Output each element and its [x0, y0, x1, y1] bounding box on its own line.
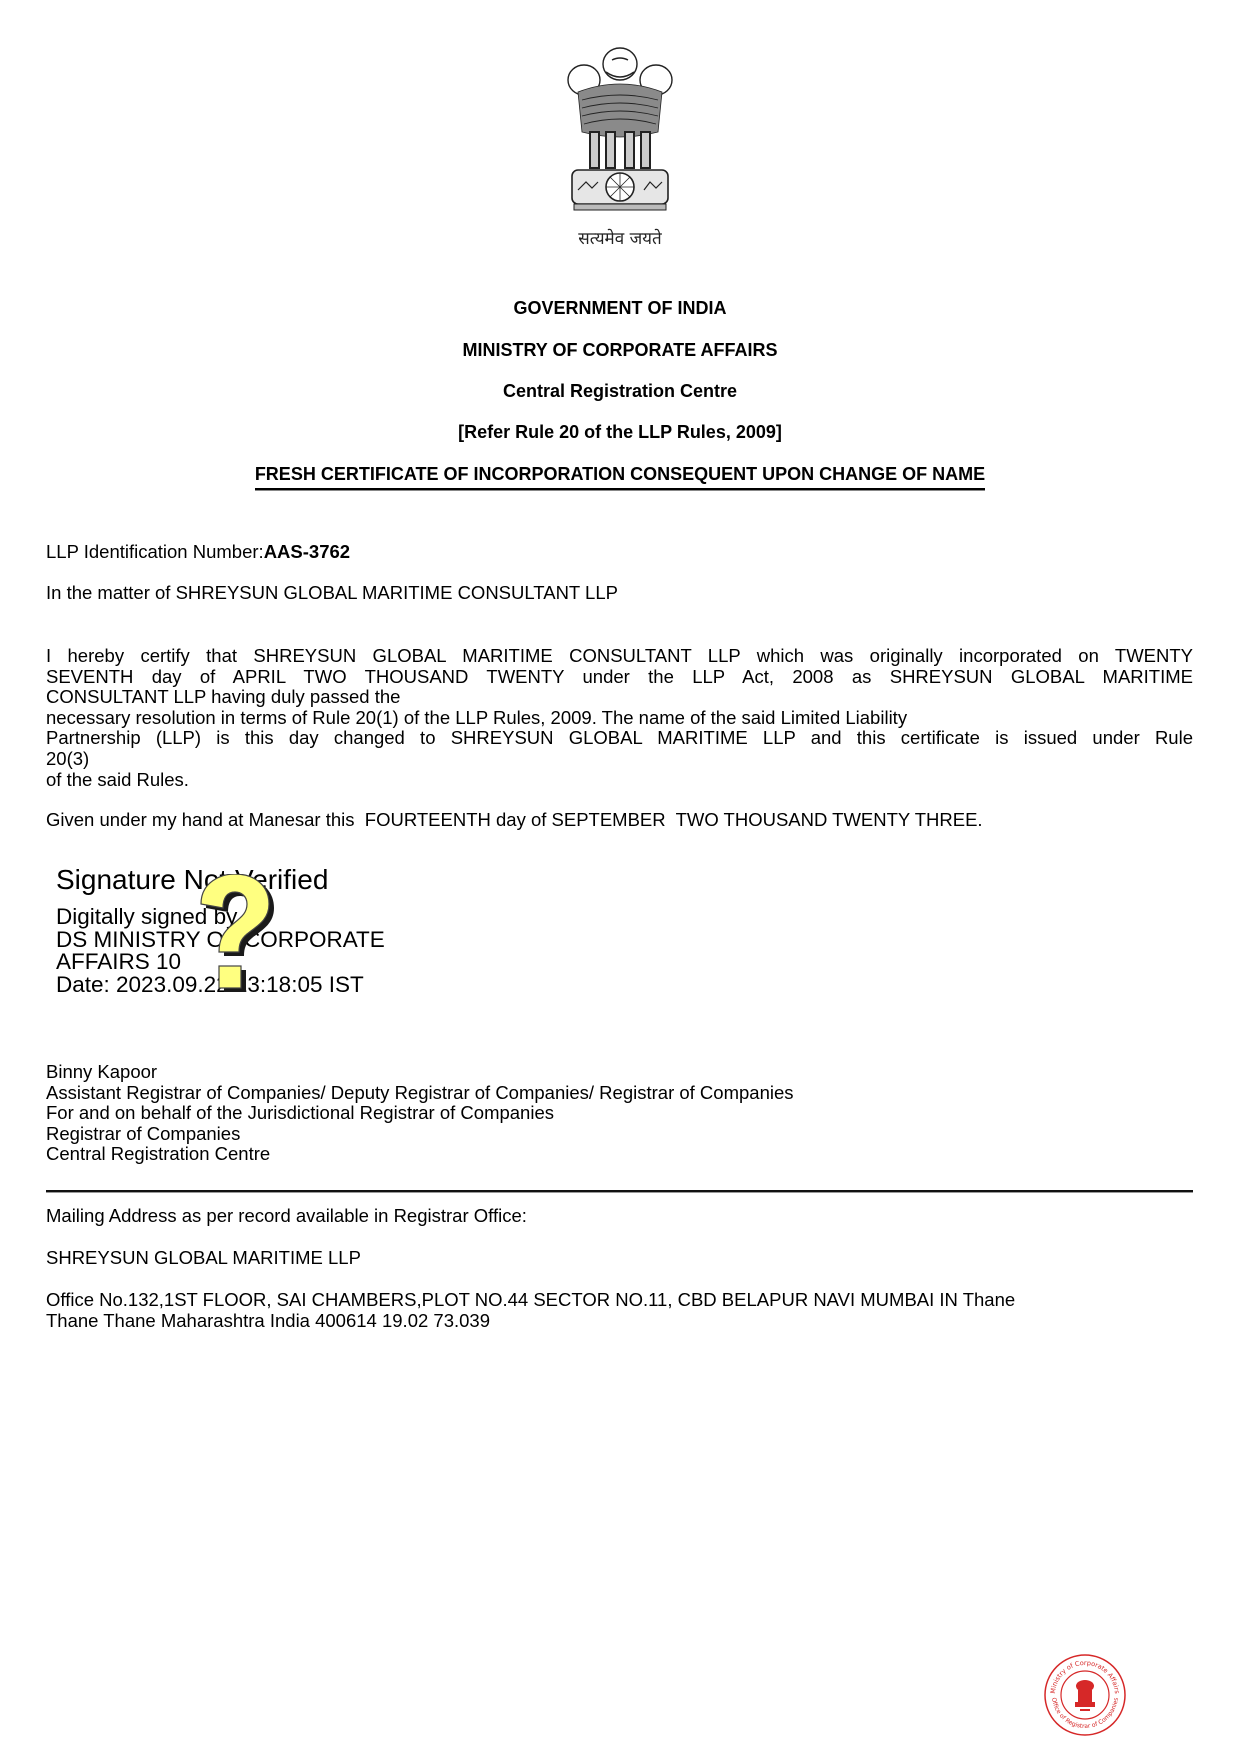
- signer-office: Registrar of Companies: [46, 1124, 794, 1145]
- matter-of: In the matter of SHREYSUN GLOBAL MARITIM…: [46, 583, 618, 604]
- header-rule-reference: [Refer Rule 20 of the LLP Rules, 2009]: [0, 422, 1240, 443]
- llp-id-label: LLP Identification Number:: [46, 541, 264, 562]
- paragraph-line: SEVENTH day of APRIL TWO THOUSAND TWENTY…: [46, 667, 1193, 688]
- signer-centre: Central Registration Centre: [46, 1144, 794, 1165]
- signer-designation: Assistant Registrar of Companies/ Deputy…: [46, 1083, 794, 1104]
- certificate-title: FRESH CERTIFICATE OF INCORPORATION CONSE…: [0, 464, 1240, 490]
- state-emblem-icon: [560, 42, 680, 252]
- emblem-motto: सत्यमेव जयते: [540, 226, 700, 249]
- llp-identification-number: LLP Identification Number:AAS-3762: [46, 542, 350, 563]
- question-mark-icon: [183, 874, 283, 998]
- mailing-address-line-1: Office No.132,1ST FLOOR, SAI CHAMBERS,PL…: [46, 1290, 1015, 1311]
- mailing-address-line-2: Thane Thane Maharashtra India 400614 19.…: [46, 1311, 1015, 1332]
- mailing-llp-name: SHREYSUN GLOBAL MARITIME LLP: [46, 1248, 361, 1269]
- signer-name: Binny Kapoor: [46, 1062, 794, 1083]
- signer-behalf: For and on behalf of the Jurisdictional …: [46, 1103, 794, 1124]
- paragraph-line: 20(3): [46, 749, 1193, 770]
- mailing-address: Office No.132,1ST FLOOR, SAI CHAMBERS,PL…: [46, 1290, 1015, 1331]
- ministry-seal-icon: Ministry of Corporate Affairs Office of …: [1042, 1652, 1128, 1738]
- header-ministry: MINISTRY OF CORPORATE AFFAIRS: [0, 340, 1240, 361]
- signer-line-2: AFFAIRS 10: [56, 949, 181, 974]
- llp-id-value: AAS-3762: [264, 541, 350, 562]
- paragraph-line: I hereby certify that SHREYSUN GLOBAL MA…: [46, 646, 1193, 667]
- paragraph-line: necessary resolution in terms of Rule 20…: [46, 708, 1193, 729]
- paragraph-line: Partnership (LLP) is this day changed to…: [46, 728, 1193, 749]
- mailing-address-label: Mailing Address as per record available …: [46, 1206, 527, 1227]
- paragraph-line: of the said Rules.: [46, 770, 1193, 791]
- horizontal-divider: [46, 1190, 1193, 1192]
- certificate-page: सत्यमेव जयते GOVERNMENT OF INDIA MINISTR…: [0, 0, 1240, 1755]
- certificate-title-text: FRESH CERTIFICATE OF INCORPORATION CONSE…: [255, 464, 985, 490]
- certification-paragraph: I hereby certify that SHREYSUN GLOBAL MA…: [46, 646, 1193, 790]
- digital-signature-block[interactable]: Signature Not Verified Digitally signed …: [56, 864, 456, 1004]
- given-under-hand: Given under my hand at Manesar this FOUR…: [46, 810, 983, 831]
- header-government: GOVERNMENT OF INDIA: [0, 298, 1240, 319]
- header-centre: Central Registration Centre: [0, 381, 1240, 402]
- paragraph-line: CONSULTANT LLP having duly passed the: [46, 687, 1193, 708]
- signer-details: Binny Kapoor Assistant Registrar of Comp…: [46, 1062, 794, 1165]
